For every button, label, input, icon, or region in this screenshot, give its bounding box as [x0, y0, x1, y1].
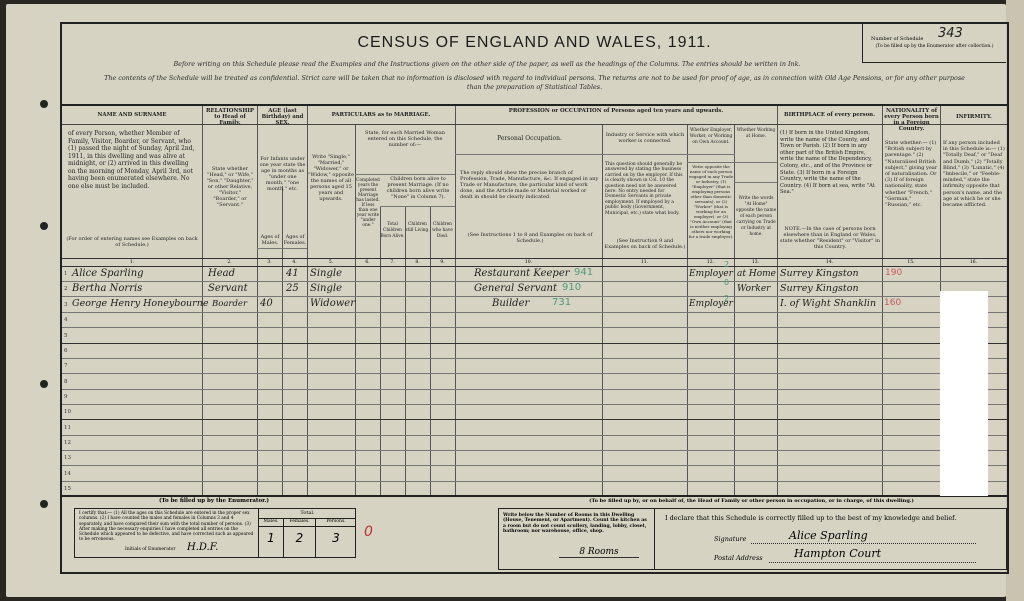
row-number: 10 — [64, 409, 71, 415]
person-relationship: Servant — [208, 283, 248, 294]
row-number: 7 — [64, 363, 68, 369]
row-number: 11 — [64, 425, 71, 431]
column-number: 11. — [602, 260, 687, 265]
person-age-female: 25 — [286, 283, 299, 294]
person-birthplace: Surrey Kingston — [780, 268, 859, 279]
header-age-females: Ages of Females. — [283, 234, 307, 246]
row-number: 15 — [64, 486, 71, 492]
person-condition: Widower — [310, 298, 355, 309]
column-number: 14. — [777, 260, 882, 265]
column-number: 13. — [734, 260, 777, 265]
header-industry-note: (See Instruction 9 and Examples on back … — [604, 238, 686, 250]
rooms-value: 8 Rooms — [559, 547, 639, 558]
person-relationship: Head — [208, 268, 235, 279]
schedule-frame: CENSUS OF ENGLAND AND WALES, 1911. Befor… — [60, 22, 1009, 574]
household-declaration-box: Write below the Number of Rooms in this … — [498, 508, 1007, 570]
header-relationship: RELATIONSHIP to Head of Family. — [203, 108, 257, 126]
person-occupation: Builder — [492, 298, 529, 309]
punch-hole — [40, 100, 48, 108]
column-number: 1. — [62, 260, 202, 265]
postal-address-value: Hampton Court — [794, 547, 881, 560]
header-relationship-body: State whether "Head," or "Wife," "Son," … — [205, 166, 255, 208]
column-number: 7. — [380, 260, 405, 265]
redaction-block — [940, 291, 988, 496]
row-number: 4 — [64, 317, 68, 323]
header-children-living: Children still Living. — [405, 222, 430, 234]
enumerator-caption: (To be filled up by the Enumerator.) — [74, 498, 354, 504]
schedule-number-box: Number of Schedule 343 (To be filled up … — [862, 24, 1006, 63]
row-number: 13 — [64, 455, 71, 461]
row-number: 14 — [64, 471, 71, 477]
header-employer: Whether Employer, Worker, or Working on … — [688, 128, 734, 146]
postal-address-label: Postal Address — [714, 554, 763, 562]
row-number: 5 — [64, 333, 68, 339]
column-number: 6. — [355, 260, 380, 265]
row-number: 6 — [64, 348, 68, 354]
enumerator-box: I certify that:— (1) All the ages on thi… — [74, 508, 356, 558]
header-marriage-condition: Write "Single," "Married," "Widower," or… — [308, 154, 354, 202]
employment-code: 2 — [724, 260, 729, 269]
header-industry: Industry or Service with which worker is… — [604, 132, 686, 144]
header-infirmity-body: If any person included in this Schedule … — [943, 140, 1005, 208]
person-occupation: General Servant — [474, 283, 557, 294]
person-condition: Single — [310, 283, 342, 294]
totals-box: Total. Males.1 Females.2 Persons.3 — [258, 509, 356, 557]
column-number: 4. — [282, 260, 307, 265]
header-children: Children born alive to present Marriage.… — [382, 176, 454, 200]
household-table: NAME AND SURNAME of every Person, whethe… — [62, 104, 1007, 496]
person-name: George Henry Honeybourne — [72, 298, 208, 309]
enumerator-initials: H.D.F. — [187, 542, 218, 553]
employment-code: 2 — [724, 294, 729, 303]
header-age-body: For Infants under one year state the age… — [259, 156, 306, 192]
persons-label: Persons. — [316, 518, 356, 527]
header-children-died: Children who have Died. — [430, 222, 455, 240]
header-employer-body: Write opposite the name of each person e… — [688, 164, 734, 239]
person-at-home: at Home — [737, 269, 776, 279]
header-birthplace-body: (1) If born in the United Kingdom, write… — [780, 130, 880, 196]
red-check-mark: 0 — [364, 524, 373, 540]
punch-hole — [40, 222, 48, 230]
person-worker-status: Worker — [737, 284, 770, 294]
person-name: Bertha Norris — [72, 283, 142, 294]
column-number: 2. — [202, 260, 257, 265]
header-married-woman: State, for each Married Woman entered on… — [357, 130, 453, 148]
schedule-number-label: Number of Schedule — [871, 36, 923, 42]
person-birthplace: I. of Wight Shanklin — [780, 298, 876, 309]
header-personal-occupation: Personal Occupation. — [457, 136, 602, 142]
header-home: Whether Working at Home. — [735, 128, 777, 140]
header-personal-body: The reply should shew the precise branch… — [460, 170, 600, 200]
header-nationality-body: State whether:— (1) "British subject by … — [885, 140, 939, 208]
confidential-line-1: The contents of the Schedule will be tre… — [62, 74, 1007, 82]
occupation-code: 731 — [552, 297, 571, 308]
header-children-total: Total Children Born Alive. — [380, 222, 405, 240]
column-number: 10. — [455, 260, 602, 265]
males-label: Males. — [259, 518, 283, 527]
confidential-line-2: than the preparation of Statistical Tabl… — [62, 83, 1007, 91]
header-birthplace-note: NOTE.—In the case of persons born elsewh… — [780, 226, 880, 250]
schedule-note: (To be filled up by the Enumerator after… — [867, 44, 1002, 49]
header-industry-body: This question should generally be answer… — [605, 162, 685, 216]
column-number: 16. — [940, 260, 1007, 265]
declaration-text: I declare that this Schedule is correctl… — [665, 514, 956, 522]
occupation-code: 941 — [574, 267, 593, 278]
header-profession: PROFESSION or OCCUPATION of Persons aged… — [455, 108, 777, 114]
row-number: 3 — [64, 302, 68, 308]
header-name-body: of every Person, whether Member of Famil… — [68, 130, 198, 190]
person-age-male: 40 — [260, 298, 273, 309]
punch-hole — [40, 500, 48, 508]
birthplace-code: 160 — [884, 298, 901, 308]
person-occupation: Restaurant Keeper — [474, 268, 570, 279]
header-infirmity: INFIRMITY. — [941, 114, 1007, 120]
column-number: 15. — [882, 260, 940, 265]
header-personal-note: (See Instructions 1 to 8 and Examples on… — [460, 232, 600, 244]
header-nationality: NATIONALITY of every Person born in a Fo… — [883, 108, 940, 132]
column-number: 8. — [405, 260, 430, 265]
row-number: 9 — [64, 394, 68, 400]
persons-total: 3 — [316, 531, 356, 545]
person-age-female: 41 — [286, 268, 299, 279]
column-number: 9. — [430, 260, 455, 265]
rooms-section: Write below the Number of Rooms in this … — [499, 509, 655, 569]
header-age: AGE (last Birthday) and SEX. — [258, 108, 307, 126]
rooms-instruction: Write below the Number of Rooms in this … — [503, 513, 651, 535]
header-birthplace: BIRTHPLACE of every person. — [777, 112, 882, 118]
schedule-footer: (To be filled up by the Enumerator.) I c… — [62, 496, 1007, 572]
employment-code: 0 — [724, 278, 729, 287]
enumerator-certify: I certify that:— (1) All the ages on thi… — [79, 511, 255, 543]
row-number: 12 — [64, 440, 71, 446]
person-name: Alice Sparling — [72, 268, 144, 279]
instruction-line: Before writing on this Schedule please r… — [122, 60, 852, 68]
household-caption: (To be filled up by, or on behalf of, th… — [498, 498, 1005, 504]
occupation-code: 910 — [562, 282, 581, 293]
header-name-note: (For order of entering names see Example… — [66, 236, 198, 248]
signature-value: Alice Sparling — [789, 529, 868, 542]
females-label: Females. — [284, 518, 315, 527]
person-condition: Single — [310, 268, 342, 279]
birthplace-code: 190 — [885, 268, 902, 278]
header-marriage-years: Completed years the present Marriage has… — [356, 178, 380, 228]
header-age-males: Ages of Males. — [258, 234, 282, 246]
person-relationship: Boarder — [212, 299, 247, 309]
schedule-number: 343 — [938, 26, 963, 41]
punch-hole — [40, 380, 48, 388]
males-total: 1 — [259, 531, 283, 545]
header-name: NAME AND SURNAME — [62, 112, 202, 118]
header-home-body: Write the words "At Home" opposite the n… — [735, 196, 777, 238]
row-number: 1 — [64, 271, 68, 277]
header-marriage: PARTICULARS as to MARRIAGE. — [307, 112, 455, 118]
enumerator-initials-label: Initials of Enumerator — [125, 547, 176, 552]
signature-label: Signature — [714, 535, 747, 543]
column-number: 5. — [307, 260, 355, 265]
females-total: 2 — [284, 531, 315, 545]
row-number: 2 — [64, 286, 68, 292]
column-number: 3. — [257, 260, 282, 265]
person-birthplace: Surrey Kingston — [780, 283, 859, 294]
row-number: 8 — [64, 379, 68, 385]
